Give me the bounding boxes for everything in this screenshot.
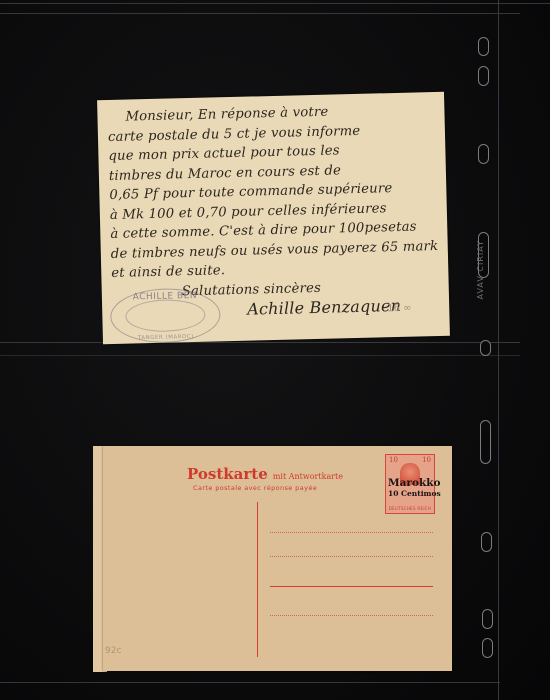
punch-hole — [482, 638, 493, 658]
postcard-title: Postkarte mit Antwortkarte — [187, 464, 343, 483]
address-line — [270, 615, 433, 616]
binder-brand-label: AVAV CIRIAY — [476, 240, 485, 300]
sleeve-edge-middle — [0, 342, 520, 343]
cachet-bottom-text: TANGER (MAROC) — [112, 333, 220, 342]
sleeve-edge-bottom — [0, 682, 500, 683]
punch-hole — [478, 66, 489, 86]
postcard-with-reply: Postkarte mit Antwortkarte Carte postale… — [103, 446, 452, 671]
punch-hole — [481, 532, 492, 552]
sleeve-edge-top-2 — [0, 13, 520, 14]
postcard-title-main: Postkarte — [187, 465, 268, 483]
stamp-value-left: 10 — [389, 456, 398, 464]
punch-hole — [478, 37, 489, 56]
imprinted-stamp: 10 10 Marokko 10 Centimos DEUTSCHES REIC… — [385, 454, 435, 514]
postcard-divider-line — [257, 502, 258, 657]
binder-strip — [470, 0, 499, 700]
punch-hole — [482, 609, 493, 629]
punch-hole — [478, 144, 489, 164]
stamp-value-right: 10 — [422, 456, 431, 464]
merchant-cachet: ACHILLE BEN TANGER (MAROC) — [110, 287, 221, 344]
cachet-inner-ring — [125, 299, 206, 333]
postcard-subtitle: Carte postale avec réponse payée — [193, 484, 317, 492]
sleeve-edge-middle-2 — [0, 355, 520, 356]
address-line — [270, 556, 433, 557]
cachet-top-text: ACHILLE BEN — [111, 290, 219, 303]
stamp-overprint-value: 10 Centimos — [388, 489, 432, 498]
handwritten-letter-card: Monsieur, En réponse à votre carte posta… — [97, 92, 450, 344]
stamp-footer: DEUTSCHES REICH — [386, 506, 434, 511]
pencil-price-note: 92c — [105, 646, 121, 656]
punch-hole — [480, 340, 491, 356]
album-page: AVAV CIRIAY Monsieur, En réponse à votre… — [0, 0, 550, 700]
sleeve-edge-top — [0, 3, 550, 4]
address-line-underline — [270, 586, 433, 587]
postcard-title-suffix: mit Antwortkarte — [273, 472, 343, 481]
punch-hole — [480, 420, 491, 464]
address-line — [270, 532, 433, 533]
pencil-note: 16 ∞ — [387, 303, 411, 315]
stamp-overprint-country: Marokko — [388, 477, 432, 489]
